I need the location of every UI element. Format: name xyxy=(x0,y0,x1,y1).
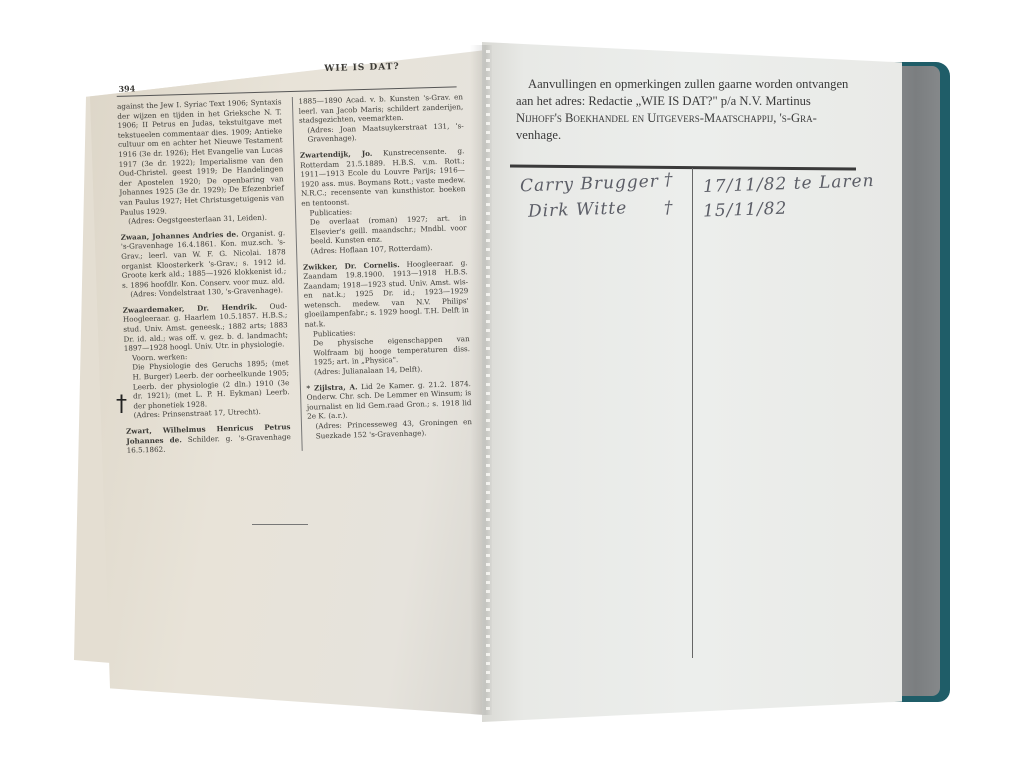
page-number: 394 xyxy=(118,83,135,93)
death-cross-mark: † xyxy=(116,392,127,417)
entry-text: against the Jew I. Syriac Text 1906; Syn… xyxy=(117,97,285,217)
right-column: 1885—1890 Acad. v. b. Kunsten 's-Grav. e… xyxy=(291,92,472,450)
biography-entry: Zwaardemaker, Dr. Hendrik. Oud-Hoogleera… xyxy=(123,301,289,354)
notice-text: Aanvullingen en opmerkingen zullen gaarn… xyxy=(516,76,876,144)
handwritten-cross-1: † xyxy=(664,170,674,190)
column-divider xyxy=(692,168,693,658)
entry-text: 1885—1890 Acad. v. b. Kunsten 's-Grav. e… xyxy=(298,92,463,125)
perforation-holes xyxy=(486,50,490,710)
entry-text: De physische eigenschappen van Wolfraam … xyxy=(305,334,470,367)
entry-text: (Adres: Joan Maatsuykerstraat 131, 's-Gr… xyxy=(299,121,464,145)
entry-text: (Adres: Princesseweg 43, Groningen en Su… xyxy=(307,417,472,441)
notice-line-3: Nijhoff's Boekhandel en Uitgevers-Maatsc… xyxy=(516,110,876,127)
end-rule xyxy=(252,524,308,525)
biography-entry: Zwart, Wilhelmus Henricus Petrus Johanne… xyxy=(126,422,291,455)
handwritten-cross-2: † xyxy=(664,198,674,218)
biography-entry: * Zijlstra, A. Lid 2e Kamer. g. 21.2. 18… xyxy=(306,379,472,422)
notice-line-1: Aanvullingen en opmerkingen zullen gaarn… xyxy=(516,76,876,93)
notice-line-2: aan het adres: Redactie „WIE IS DAT?" p/… xyxy=(516,93,876,110)
biography-entry: Zwikker, Dr. Cornelis. Hoogleeraar. g. Z… xyxy=(303,258,469,330)
handwritten-date-2: 15/11/82 xyxy=(703,199,788,222)
text-columns: against the Jew I. Syriac Text 1906; Syn… xyxy=(117,92,473,455)
right-page-notice: Aanvullingen en opmerkingen zullen gaarn… xyxy=(516,76,876,144)
left-column: against the Jew I. Syriac Text 1906; Syn… xyxy=(117,97,291,455)
biography-entry: Zwartendijk, Jo. Kunstrecensente. g. Rot… xyxy=(300,146,466,208)
entry-text: De overlaat (roman) 1927; art. in Elsevi… xyxy=(302,213,467,246)
notice-line-4: venhage. xyxy=(516,127,876,144)
entry-text: Die Physiologie des Geruchs 1895; (met H… xyxy=(124,359,290,412)
open-book-photo: WIE IS DAT? 394 against the Jew I. Syria… xyxy=(0,0,1024,768)
handwritten-name-2: Dirk Witte xyxy=(528,198,628,221)
biography-entry: Zwaan, Johannes Andries de. Organist. g.… xyxy=(121,228,287,290)
